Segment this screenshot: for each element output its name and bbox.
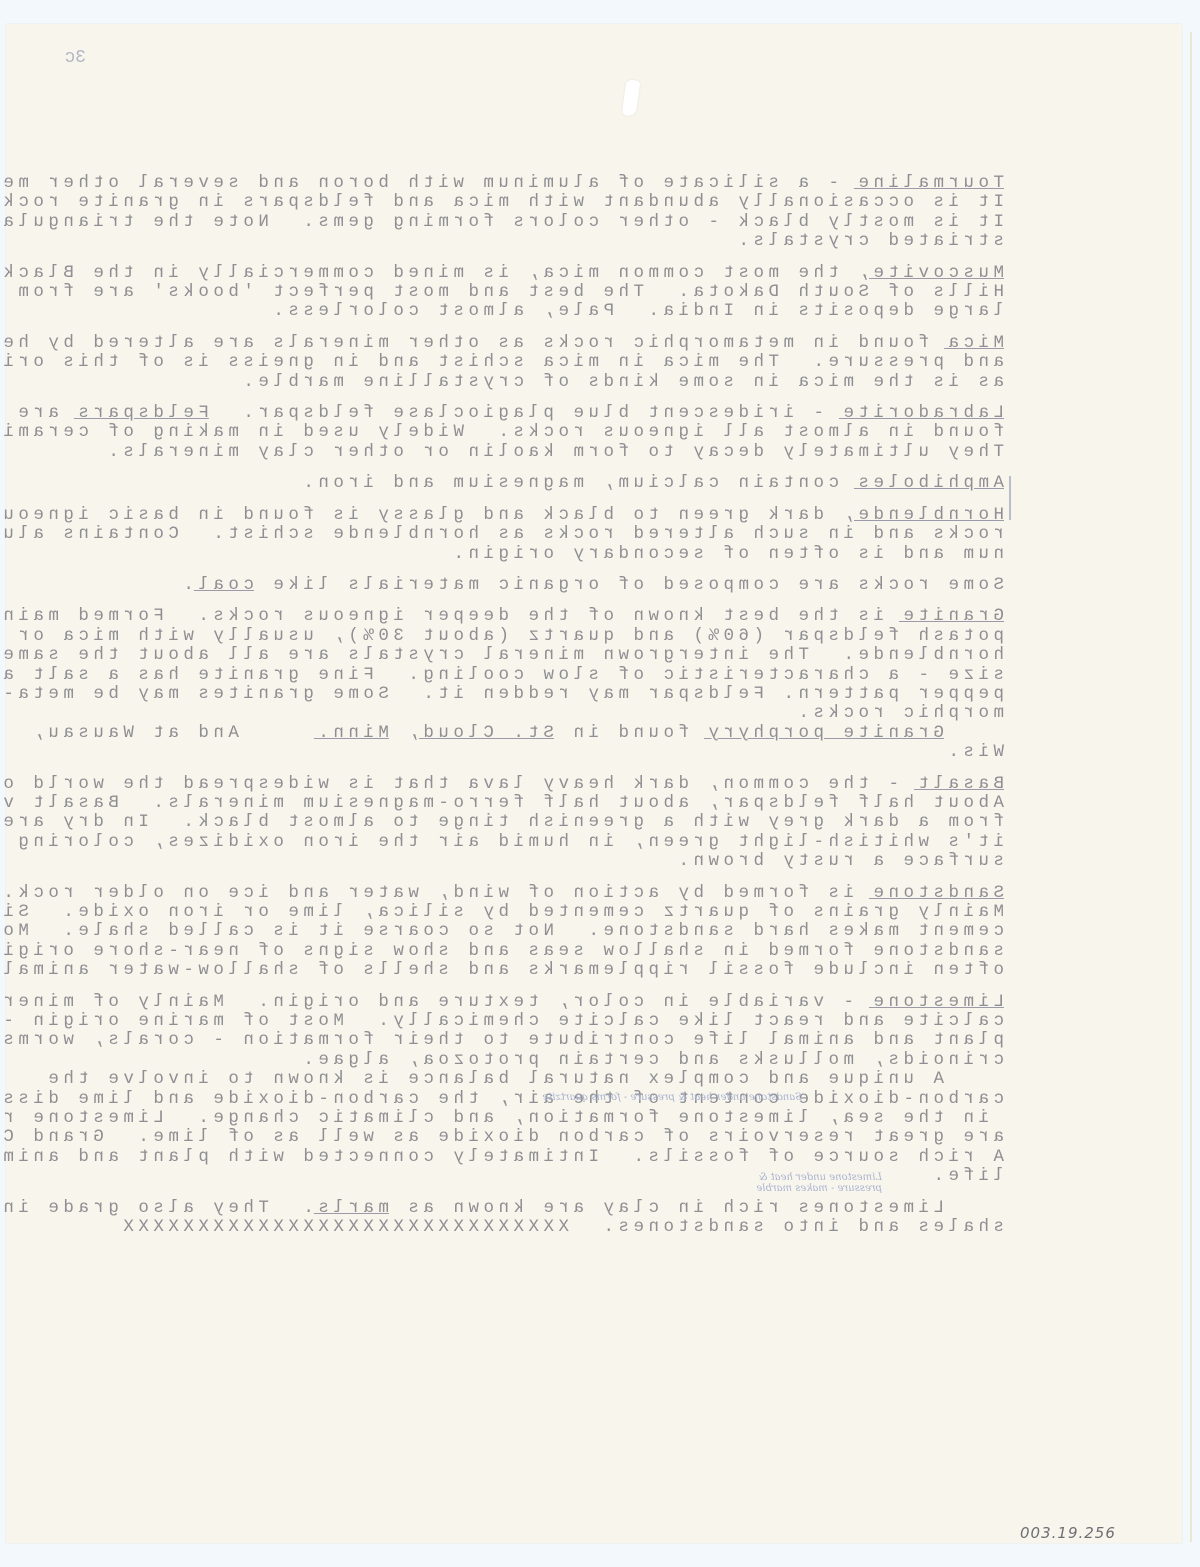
document-page: 3c Tourmaline - a silicate of aluminum w… (6, 24, 1182, 1543)
text-run: contain calcium, magnesium and iron. (299, 473, 854, 493)
text-line: shales and into sandstones. XXXXXXXXXXXX… (14, 1218, 1004, 1237)
text-run: - iridescent blue plagioclase feldspar. (209, 403, 839, 423)
underlined-term: Granite (899, 606, 1004, 626)
text-line: Sandstone is formed by action of wind, w… (14, 884, 1004, 903)
text-line: potash feldspar (60%) and quartz (about … (14, 627, 1004, 646)
text-line: Muscovite, the most common mica, is mine… (14, 264, 1004, 283)
text-run: It is occasionally abundant with mica an… (0, 192, 1004, 212)
text-run: it's whitish-light green, in humid air t… (0, 832, 1004, 852)
paragraph: Limestones rich in clay are known as mar… (14, 1199, 1004, 1238)
text-run: A unique and complex natural balance is … (44, 1069, 1004, 1089)
text-run: . (179, 575, 194, 595)
text-line: large deposits in India. Pale, almost co… (14, 302, 1004, 321)
text-run: Some rocks are composed of organic mater… (254, 575, 1004, 595)
paragraph: Muscovite, the most common mica, is mine… (14, 264, 1004, 322)
text-run: calcite and react like calcite chemicall… (0, 1011, 1004, 1031)
text-line: cement makes hard sandstone. Not so coar… (14, 922, 1004, 941)
text-run: found in almost all igneous rocks. Widel… (0, 422, 1004, 442)
text-run: from a dark grey with a greenish tinge t… (0, 812, 1004, 832)
text-line: from a dark grey with a greenish tinge t… (14, 813, 1004, 832)
text-line: surface a rusty brown. (14, 852, 1004, 871)
text-run: striated crystals. (734, 231, 1004, 251)
text-run: shales and into sandstones. XXXXXXXXXXXX… (119, 1217, 1004, 1237)
text-run: and pressure. The mica in mica schist an… (0, 352, 1004, 372)
text-run: - the common, dark heavy lava that is wi… (0, 774, 914, 794)
handwritten-note-limestone: Limestone under heat & pressure - makes … (752, 1172, 882, 1194)
text-line: striated crystals. (14, 232, 1004, 251)
text-line: Amphiboles contain calcium, magnesium an… (14, 474, 1004, 493)
text-run: is the best known of the deeper igneous … (0, 606, 899, 626)
underlined-term: Limestone (869, 992, 1004, 1012)
text-line: Labradorite - iridescent blue plagioclas… (14, 404, 1004, 423)
text-run: num and is often of secondary origin. (449, 544, 1004, 564)
text-run: in the sea, limestone formation, and cli… (0, 1108, 1004, 1128)
text-run: cement makes hard sandstone. Not so coar… (0, 921, 1004, 941)
text-line: Limestone - variable in color, texture a… (14, 993, 1004, 1012)
text-line: carbon-dioxide content of the air, the c… (14, 1090, 1004, 1109)
text-run: are (14, 403, 74, 423)
text-run: About half feldspar, about half ferro-ma… (0, 793, 1004, 813)
text-run: are great reservoirs of carbon dioxide a… (0, 1127, 1004, 1147)
text-run: plant and animal life contribute to thei… (0, 1030, 1004, 1050)
text-run: surface a rusty brown. (674, 851, 1004, 871)
handwritten-note-sandstone: Sandstone under heat & pressure - forms … (542, 1092, 802, 1103)
text-line: in the sea, limestone formation, and cli… (14, 1109, 1004, 1128)
text-run: , dark green to black and glassy is foun… (0, 505, 854, 525)
text-line: often include fossil ripplemarks and she… (14, 961, 1004, 980)
text-line: Mica found in metamorphic rocks as other… (14, 334, 1004, 353)
underlined-term: St. Cloud (419, 723, 554, 743)
text-run: found in metamorphic rocks as other mine… (0, 333, 944, 353)
text-line: sandstone formed in shallow seas and sho… (14, 942, 1004, 961)
paragraph: Mica found in metamorphic rocks as other… (14, 334, 1004, 392)
text-run: Limestones rich in clay are known as (389, 1198, 1004, 1218)
text-line: Granite porphyry found in St. Cloud, Min… (14, 724, 1004, 743)
text-line: num and is often of secondary origin. (14, 545, 1004, 564)
paragraph: Sandstone is formed by action of wind, w… (14, 884, 1004, 981)
text-run: Mainly grains of quartz cemented by sili… (0, 902, 1004, 922)
text-run: hornblende. The intergrown mineral cryst… (0, 645, 1004, 665)
mirrored-show-through: 3c Tourmaline - a silicate of aluminum w… (6, 24, 1182, 1543)
text-run: carbon-dioxide content of the air, the c… (0, 1089, 1004, 1109)
text-line: plant and animal life contribute to thei… (14, 1031, 1004, 1050)
underlined-term: Labradorite (839, 403, 1004, 423)
text-run: - variable in color, texture and origin.… (0, 992, 869, 1012)
paragraph: Basalt - the common, dark heavy lava tha… (14, 775, 1004, 872)
underlined-term: Sandstone (869, 883, 1004, 903)
text-run: morphic rocks. (794, 703, 1004, 723)
text-run: large deposits in India. Pale, almost co… (269, 301, 1004, 321)
text-line: rocks and in such altered rocks as hornb… (14, 525, 1004, 544)
text-line: as is the mica in some kinds of crystall… (14, 373, 1004, 392)
paragraph: Some rocks are composed of organic mater… (14, 576, 1004, 595)
page-marker: 3c (64, 48, 86, 68)
text-run: is formed by action of wind, water and i… (0, 883, 869, 903)
page-edge (1190, 32, 1192, 1542)
text-line: It is mostly black - other colors formin… (14, 213, 1004, 232)
text-line: They ultimately decay to form kaolin or … (14, 443, 1004, 462)
text-line: Some rocks are composed of organic mater… (14, 576, 1004, 595)
underlined-term: Hornblende (854, 505, 1004, 525)
underlined-term: Mica (944, 333, 1004, 353)
text-run: They ultimately decay to form kaolin or … (104, 442, 1004, 462)
text-line: calcite and react like calcite chemicall… (14, 1012, 1004, 1031)
underlined-term: Feldspars (74, 403, 209, 423)
text-run: sandstone formed in shallow seas and sho… (0, 941, 1004, 961)
text-line: A rich source of fossils. Intimately con… (14, 1148, 1004, 1167)
paragraph: Amphiboles contain calcium, magnesium an… (14, 474, 1004, 493)
text-run: , (389, 723, 419, 743)
text-run: potash feldspar (60%) and quartz (about … (14, 626, 1004, 646)
text-run: . They also grade into (0, 1198, 314, 1218)
text-run: found in (554, 723, 704, 743)
underlined-term: marls (314, 1198, 389, 1218)
text-run: pepper pattern. Feldspar may redden it. … (0, 684, 1004, 704)
text-line: pepper pattern. Feldspar may redden it. … (14, 685, 1004, 704)
text-line: About half feldspar, about half ferro-ma… (14, 794, 1004, 813)
text-line: It is occasionally abundant with mica an… (14, 193, 1004, 212)
text-run (944, 723, 1004, 743)
text-run: often include fossil ripplemarks and she… (0, 960, 1004, 980)
catalog-number: 003.19.256 (1020, 1524, 1116, 1542)
text-line: morphic rocks. (14, 704, 1004, 723)
paragraph: Labradorite - iridescent blue plagioclas… (14, 404, 1004, 462)
text-line: and pressure. The mica in mica schist an… (14, 353, 1004, 372)
text-run: - a silicate of aluminum with boron and … (0, 173, 854, 193)
text-run: It is mostly black - other colors formin… (0, 212, 1004, 232)
underlined-term: Amphiboles (854, 473, 1004, 493)
underlined-term: coal (194, 575, 254, 595)
text-line: size - a characteristic of slow cooling.… (14, 666, 1004, 685)
text-run: , the most common mica, is mined commerc… (0, 263, 869, 283)
text-run: Hills of South Dakota. The best and most… (14, 282, 1004, 302)
text-run: crinoids, mollusks and certain protozoa,… (299, 1050, 1004, 1070)
underlined-term: Granite porphyry (704, 723, 944, 743)
text-run: rocks and in such altered rocks as hornb… (0, 524, 1004, 544)
text-line: found in almost all igneous rocks. Widel… (14, 423, 1004, 442)
text-run: size - a characteristic of slow cooling.… (0, 665, 1004, 685)
paragraph: Granite is the best known of the deeper … (14, 607, 1004, 762)
text-line: A unique and complex natural balance is … (14, 1070, 1004, 1089)
text-run: life. (929, 1166, 1004, 1186)
text-run: as is the mica in some kinds of crystall… (239, 372, 1004, 392)
text-run: A rich source of fossils. Intimately con… (0, 1147, 1004, 1167)
typewritten-text: Tourmaline - a silicate of aluminum with… (14, 174, 1004, 1250)
text-line: Granite is the best known of the deeper … (14, 607, 1004, 626)
text-line: Hornblende, dark green to black and glas… (14, 506, 1004, 525)
text-line: Tourmaline - a silicate of aluminum with… (14, 174, 1004, 193)
paragraph: Limestone - variable in color, texture a… (14, 993, 1004, 1187)
text-run: And at Wausau, (29, 723, 314, 743)
text-line: Basalt - the common, dark heavy lava tha… (14, 775, 1004, 794)
text-line: Hills of South Dakota. The best and most… (14, 283, 1004, 302)
underlined-term: Basalt (914, 774, 1004, 794)
underlined-term: Muscovite (869, 263, 1004, 283)
underlined-term: Minn. (314, 723, 389, 743)
paragraph: Tourmaline - a silicate of aluminum with… (14, 174, 1004, 252)
text-line: Mainly grains of quartz cemented by sili… (14, 903, 1004, 922)
paragraph: Hornblende, dark green to black and glas… (14, 506, 1004, 564)
underlined-term: Tourmaline (854, 173, 1004, 193)
text-run: Wis. (944, 742, 1004, 762)
text-line: hornblende. The intergrown mineral cryst… (14, 646, 1004, 665)
text-line: Limestones rich in clay are known as mar… (14, 1199, 1004, 1218)
text-line: Wis. (14, 743, 1004, 762)
text-line: it's whitish-light green, in humid air t… (14, 833, 1004, 852)
text-line: crinoids, mollusks and certain protozoa,… (14, 1051, 1004, 1070)
text-line: are great reservoirs of carbon dioxide a… (14, 1128, 1004, 1147)
